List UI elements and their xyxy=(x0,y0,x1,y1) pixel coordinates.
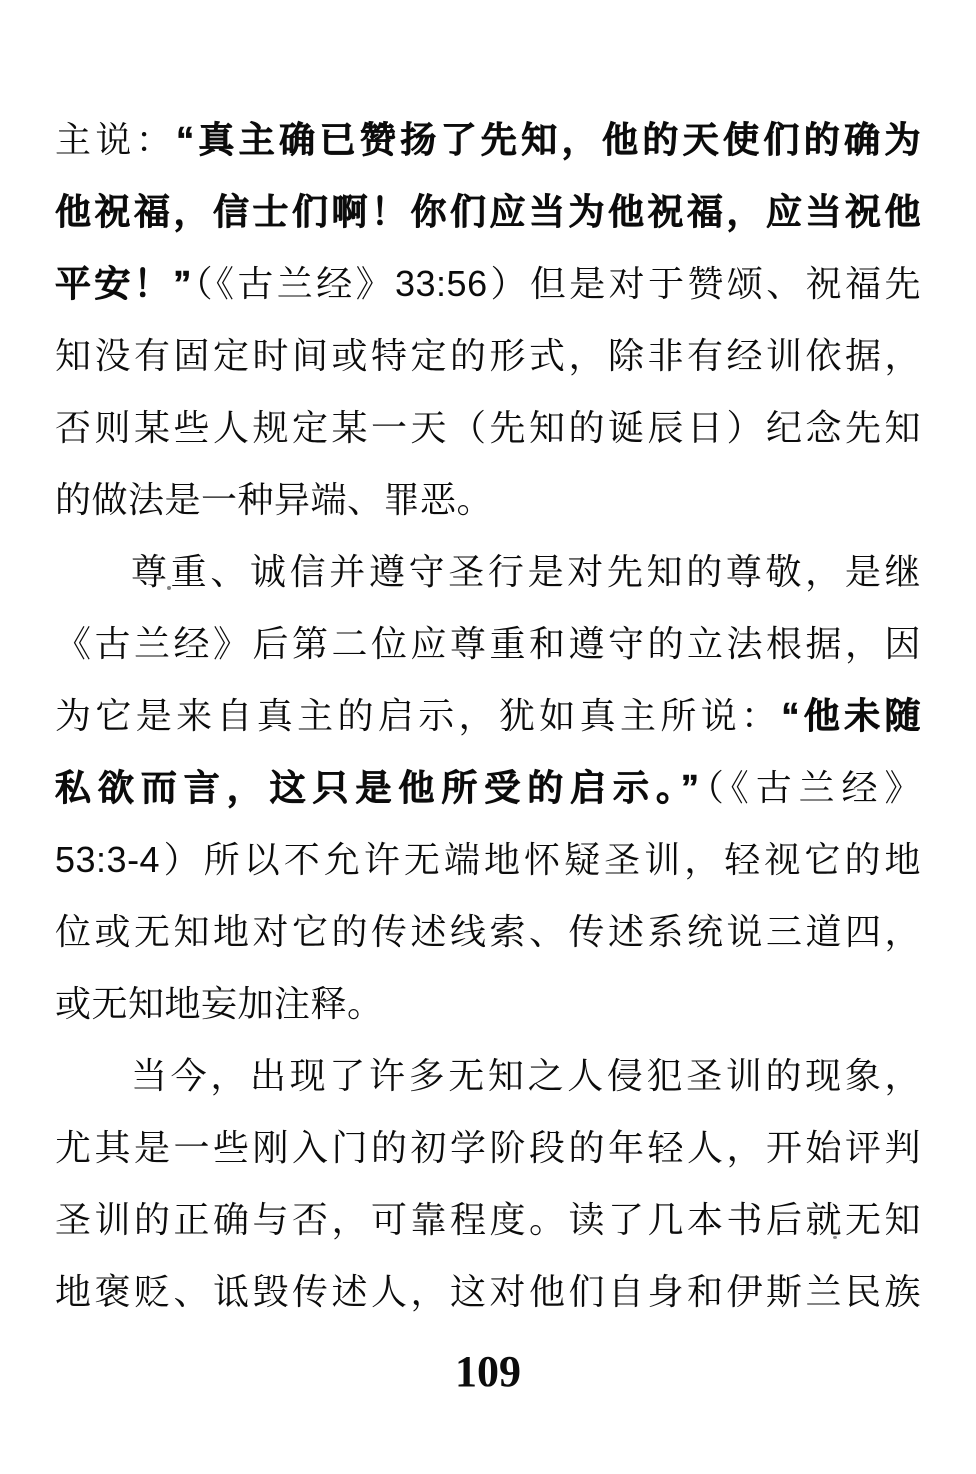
bold-quote-segment: 私欲而言，这只是他所受的启示。” xyxy=(55,767,699,808)
text-line: 圣训的正确与否，可靠程度。读了几本书后就无知 xyxy=(55,1184,921,1256)
text-line-paragraph-start: 尊重、诚信并遵守圣行是对先知的尊敬，是继 xyxy=(55,536,921,608)
text-line: 为它是来自真主的启示，犹如真主所说：“他未随 xyxy=(55,680,921,752)
text-line-paragraph-end: 或无知地妄加注释。 xyxy=(55,968,921,1040)
book-page: 主说：“真主确已赞扬了先知，他的天使们的确为 他祝福，信士们啊！你们应当为他祝福… xyxy=(0,0,976,1474)
text-line-paragraph-start: 当今，出现了许多无知之人侵犯圣训的现象， xyxy=(55,1040,921,1112)
scan-speck xyxy=(833,1236,837,1239)
text-segment: 位或无知地对它的传述线索、传述系统说三道四， xyxy=(55,911,921,952)
text-segment: （《古兰经》 xyxy=(699,767,921,808)
text-line: 53:3-4）所以不允许无端地怀疑圣训，轻视它的地 xyxy=(55,824,921,896)
body-text: 主说：“真主确已赞扬了先知，他的天使们的确为 他祝福，信士们啊！你们应当为他祝福… xyxy=(55,104,921,1328)
text-segment: 当今，出现了许多无知之人侵犯圣训的现象， xyxy=(131,1055,921,1096)
text-line: 知没有固定时间或特定的形式，除非有经训依据， xyxy=(55,320,921,392)
text-segment: 尊重、诚信并遵守圣行是对先知的尊敬，是继 xyxy=(131,551,921,592)
text-segment: 知没有固定时间或特定的形式，除非有经训依据， xyxy=(55,335,921,376)
text-segment: 尤其是一些刚入门的初学阶段的年轻人，开始评判 xyxy=(55,1127,921,1168)
text-line: 主说：“真主确已赞扬了先知，他的天使们的确为 xyxy=(55,104,921,176)
text-segment: 的做法是一种异端、罪恶。 xyxy=(55,479,493,520)
scan-speck xyxy=(167,586,171,590)
page-number: 109 xyxy=(0,1344,976,1400)
text-segment: 《古兰经》后第二位应尊重和遵守的立法根据，因 xyxy=(55,623,921,664)
bold-quote-segment: “真主确已赞扬了先知，他的天使们的确为 xyxy=(176,119,921,160)
text-line: 地褒贬、诋毁传述人，这对他们自身和伊斯兰民族 xyxy=(55,1256,921,1328)
text-segment: 为它是来自真主的启示，犹如真主所说： xyxy=(55,695,781,736)
text-segment: 否则某些人规定某一天（先知的诞辰日）纪念先知 xyxy=(55,407,921,448)
text-segment: 53:3-4）所以不允许无端地怀疑圣训，轻视它的地 xyxy=(55,839,921,880)
text-line: 否则某些人规定某一天（先知的诞辰日）纪念先知 xyxy=(55,392,921,464)
text-line: 尤其是一些刚入门的初学阶段的年轻人，开始评判 xyxy=(55,1112,921,1184)
text-line: 他祝福，信士们啊！你们应当为他祝福，应当祝他 xyxy=(55,176,921,248)
bold-quote-segment: 平安！” xyxy=(55,263,192,304)
text-line-paragraph-end: 的做法是一种异端、罪恶。 xyxy=(55,464,921,536)
bold-quote-segment: 他祝福，信士们啊！你们应当为他祝福，应当祝他 xyxy=(55,191,921,232)
text-segment: 圣训的正确与否，可靠程度。读了几本书后就无知 xyxy=(55,1199,921,1240)
text-line: 私欲而言，这只是他所受的启示。”（《古兰经》 xyxy=(55,752,921,824)
text-segment: 地褒贬、诋毁传述人，这对他们自身和伊斯兰民族 xyxy=(55,1271,921,1312)
text-line: 平安！”（《古兰经》33:56）但是对于赞颂、祝福先 xyxy=(55,248,921,320)
text-line: 位或无知地对它的传述线索、传述系统说三道四， xyxy=(55,896,921,968)
bold-quote-segment: “他未随 xyxy=(781,695,921,736)
text-segment: 或无知地妄加注释。 xyxy=(55,983,384,1024)
text-line: 《古兰经》后第二位应尊重和遵守的立法根据，因 xyxy=(55,608,921,680)
text-segment: （《古兰经》33:56）但是对于赞颂、祝福先 xyxy=(192,263,921,304)
text-segment: 主说： xyxy=(55,119,176,160)
